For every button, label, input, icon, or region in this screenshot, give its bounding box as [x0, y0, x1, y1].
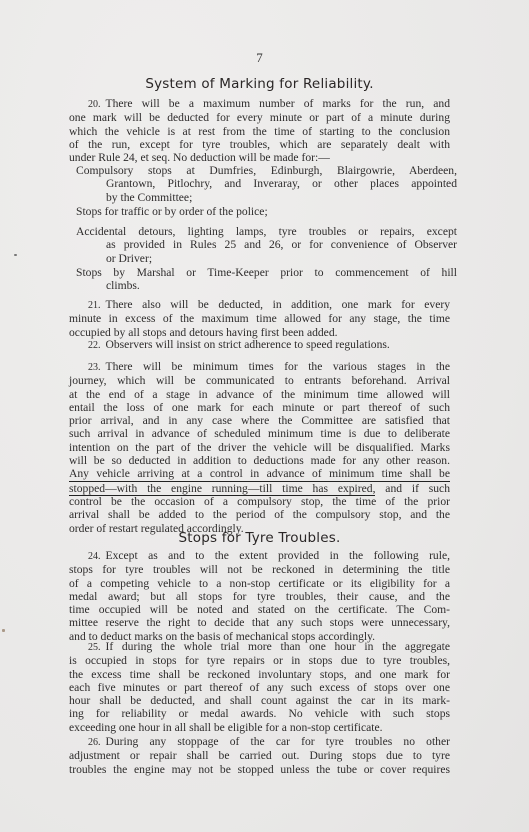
exception-traffic-stops: Stops for traffic or by order of the pol… [69, 205, 457, 218]
rule-26-paragraph: 26.During any stoppage of the car for ty… [69, 735, 450, 776]
underlined-text: Any vehicle arriving at a control in adv… [69, 467, 450, 481]
rule-22-paragraph: 22.Observers will insist on strict adher… [69, 338, 450, 352]
exception-accidental-detours: Accidental detours, lighting lamps, tyre… [69, 225, 457, 265]
rule-20-paragraph: 20.There will be a maximum number of mar… [69, 97, 450, 164]
section-heading-tyre-troubles: Stops for Tyre Troubles. [69, 530, 450, 546]
exception-marshal-stops: Stops by Marshal or Time-Keeper prior to… [69, 266, 457, 293]
rule-21-paragraph: 21.There also will be deducted, in addit… [69, 298, 450, 339]
rule-number: 20. [88, 99, 101, 110]
paper-speck [2, 629, 5, 632]
page-number: 7 [69, 50, 450, 66]
section-heading-marking: System of Marking for Reliability. [69, 76, 450, 92]
paper-speck [14, 254, 17, 256]
rule-24-paragraph: 24.Except as and to the extent provided … [69, 549, 450, 643]
rule-23-paragraph: 23.There will be minimum times for the v… [69, 360, 450, 535]
rule-25-paragraph: 25.If during the whole trial more than o… [69, 640, 450, 734]
underlined-text: stopped—with the engine running—till tim… [69, 482, 375, 496]
exception-compulsory-stops: Compulsory stops at Dumfries, Edinburgh,… [69, 164, 457, 204]
